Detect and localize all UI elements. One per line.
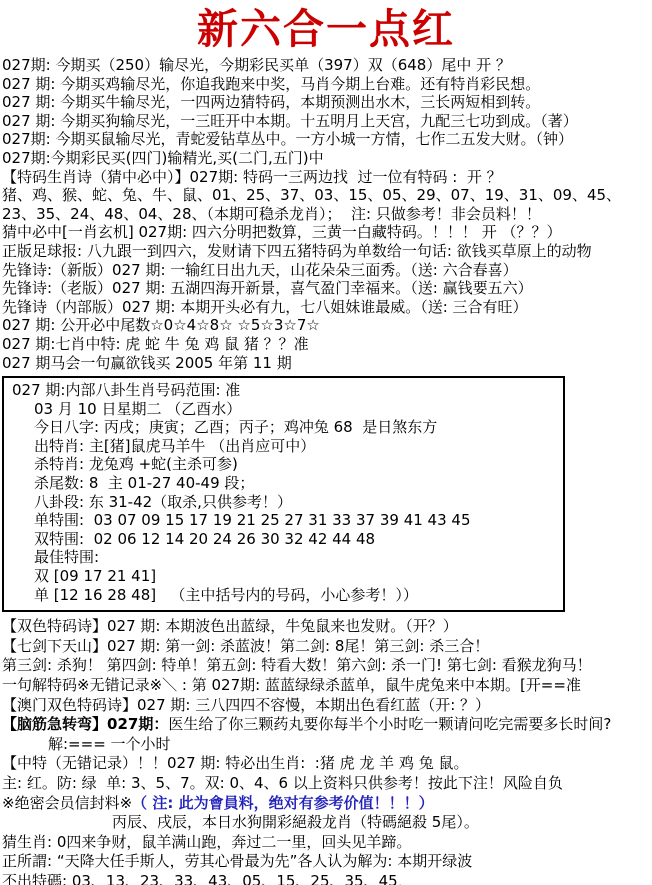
poem-line: 正版足球报: 八九跟一到四六，发财请下四五猪特码为单数给一句话: 欲钱买草原上的… [0, 242, 652, 261]
kill-line: 丙辰、戌辰，本日水狗開彩絕殺龙肖（特碼絕殺 5尾）。 [0, 813, 652, 833]
box-line: 今日八字: 丙戌；庚寅；乙酉；丙子；鸡冲兔 68 是日煞东方 [10, 418, 561, 437]
poem-line: 先锋诗（内部版）027 期: 本期开头必有九，七八姐妹谁最威。（送: 三合有旺） [0, 298, 652, 317]
riddle-question: 医生给了你三颗药丸要你每半个小时吃一颗请问吃完需要多长时间? [168, 715, 611, 733]
zhongte-line: 【中特（无错记录）！！027 期: 特必出生肖: :猪 虎 龙 羊 鸡 兔 鼠。 [0, 754, 652, 774]
riddle-answer: 解:=== 一个小时 [0, 735, 652, 755]
poem-line: 027 期马会一句赢欲钱买 2005 年第 11 期 [0, 354, 652, 373]
poem-line: 23、35、24、48、04、28、（本期可稳杀龙肖）； 注: 只做参考！非会员… [0, 205, 652, 224]
prediction-line: 027期:今期彩民买(四门)输精光,买(二门,五门)中 [0, 149, 652, 168]
exclude-numbers-line: 不出特碼: 03、13、23、33、43、05、15、25、35、45， [0, 872, 652, 885]
box-line: 杀尾数: 8 主 01-27 40-49 段； [10, 474, 561, 493]
poem-line: 猪、鸡、猴、蛇、兔、牛、鼠、01、25、37、03、15、05、29、07、19… [0, 186, 652, 205]
riddle-issue: 027期： [107, 715, 168, 733]
box-line: 杀特肖: 龙兔鸡 +蛇(主杀可参) [10, 455, 561, 474]
saying-line: 正所謂: “天降大任手斯人，劳其心骨最为先”各人认为解为: 本期开绿波 [0, 852, 652, 872]
member-line: ※绝密会员信封料※（ 注: 此为會員料，绝对有参考价值！！！） [0, 794, 652, 814]
riddle-label: 【脑筋急转弯】 [2, 715, 107, 733]
box-line: 最佳特围: [10, 548, 561, 567]
tip-line: 【澳门双色特码诗】027 期: 三八四四不容慢，本期出色看红蓝（开: ？） [0, 696, 652, 716]
guess-zodiac-line: 猜生肖: 0四来争财，鼠羊满山跑，奔过二一里，回头见羊蹄。 [0, 833, 652, 853]
box-line: 单特围: 03 07 09 15 17 19 21 25 27 31 33 37… [10, 511, 561, 530]
prediction-line: 027 期: 今期买鸡输尽光，你追我跑来中奖，马肖今期上台难。还有特肖彩民想。 [0, 75, 652, 94]
poem-line: 先锋诗:（老版）027 期: 五湖四海开新景，喜气盈门幸福来。（送: 赢钱要五六… [0, 279, 652, 298]
tip-line: 【七剑下天山】027 期: 第一剑: 杀蓝波！第二剑: 8尾！第三剑: 杀三合！ [0, 637, 652, 657]
lottery-tip-sheet: 新六合一点红 027期: 今期买（250）输尽光，今期彩民买单（397）双（64… [0, 4, 652, 885]
tip-line: 第三剑: 杀狗！ 第四剑: 特单！第五剑: 特看大数！第六剑: 杀一门! 第七剑… [0, 656, 652, 676]
prediction-line: 027 期: 今期买狗输尽光，一三旺开中本期。十五明月上天宫，九配三七功到成。（… [0, 112, 652, 131]
box-line: 03 月 10 日星期二 （乙酉水） [10, 400, 561, 419]
prediction-line: 027期: 今期买鼠输尽光，青蛇爱钻草丛中。一方小城一方情，七作二五发大财。（钟… [0, 130, 652, 149]
poem-line: 027 期:七肖中特: 虎 蛇 牛 兔 鸡 鼠 猪 ？？准 [0, 335, 652, 354]
riddle-line: 【脑筋急转弯】027期：医生给了你三颗药丸要你每半个小时吃一颗请问吃完需要多长时… [0, 715, 652, 735]
poem-line: 先锋诗:（新版）027 期: 一输红日出九天，山花朵朵三面秀。（送: 六合春喜） [0, 261, 652, 280]
member-prefix: ※绝密会员信封料※ [2, 794, 132, 812]
poem-line: 猜中必中[一肖玄机] 027期: 四六分明把数算，三黄一白藏特码。！！！ 开 （… [0, 223, 652, 242]
box-line: 八卦段: 东 31-42（取杀,只供参考！） [10, 493, 561, 512]
tip-line: 一句解特码※无错记录※＼ : 第 027期: 蓝蓝绿绿杀蓝单，鼠牛虎兔来中本期。… [0, 676, 652, 696]
member-note: （ 注: 此为會員料，绝对有参考价值！！！） [132, 794, 433, 812]
box-line: 单 [12 16 28 48] （主中括号内的号码，小心参考！）） [10, 586, 561, 605]
bagua-box: 027 期:内部八卦生肖号码范围: 准 03 月 10 日星期二 （乙酉水） 今… [2, 376, 565, 612]
prediction-line: 027 期: 今期买牛输尽光，一四两边猜特码，本期预测出水木，三长两短相到转。 [0, 93, 652, 112]
zhufang-line: 主: 红。防: 绿 单: 3、5、7。双: 0、4、6 以上资料只供参考！按此下… [0, 774, 652, 794]
box-line: 027 期:内部八卦生肖号码范围: 准 [10, 381, 561, 400]
prediction-line: 027期: 今期买（250）输尽光，今期彩民买单（397）双（648）尾中 开 … [0, 56, 652, 75]
poem-line: 027 期: 公开必中尾数☆0☆4☆8☆ ☆5☆3☆7☆ [0, 316, 652, 335]
box-line: 出特肖: 主[猪]鼠虎马羊牛 （出肖应可中） [10, 437, 561, 456]
tip-line: 【双色特码诗】027 期: 本期波色出蓝绿，牛兔鼠来也发财。（开？） [0, 617, 652, 637]
box-line: 双特围: 02 06 12 14 20 24 26 30 32 42 44 48 [10, 530, 561, 549]
poem-line: 【特码生肖诗（猜中必中）】027期: 特码一三两边找 过一位有特码 : 开 ？ [0, 168, 652, 187]
box-line: 双 [09 17 21 41] [10, 567, 561, 586]
page-title: 新六合一点红 [0, 4, 652, 54]
